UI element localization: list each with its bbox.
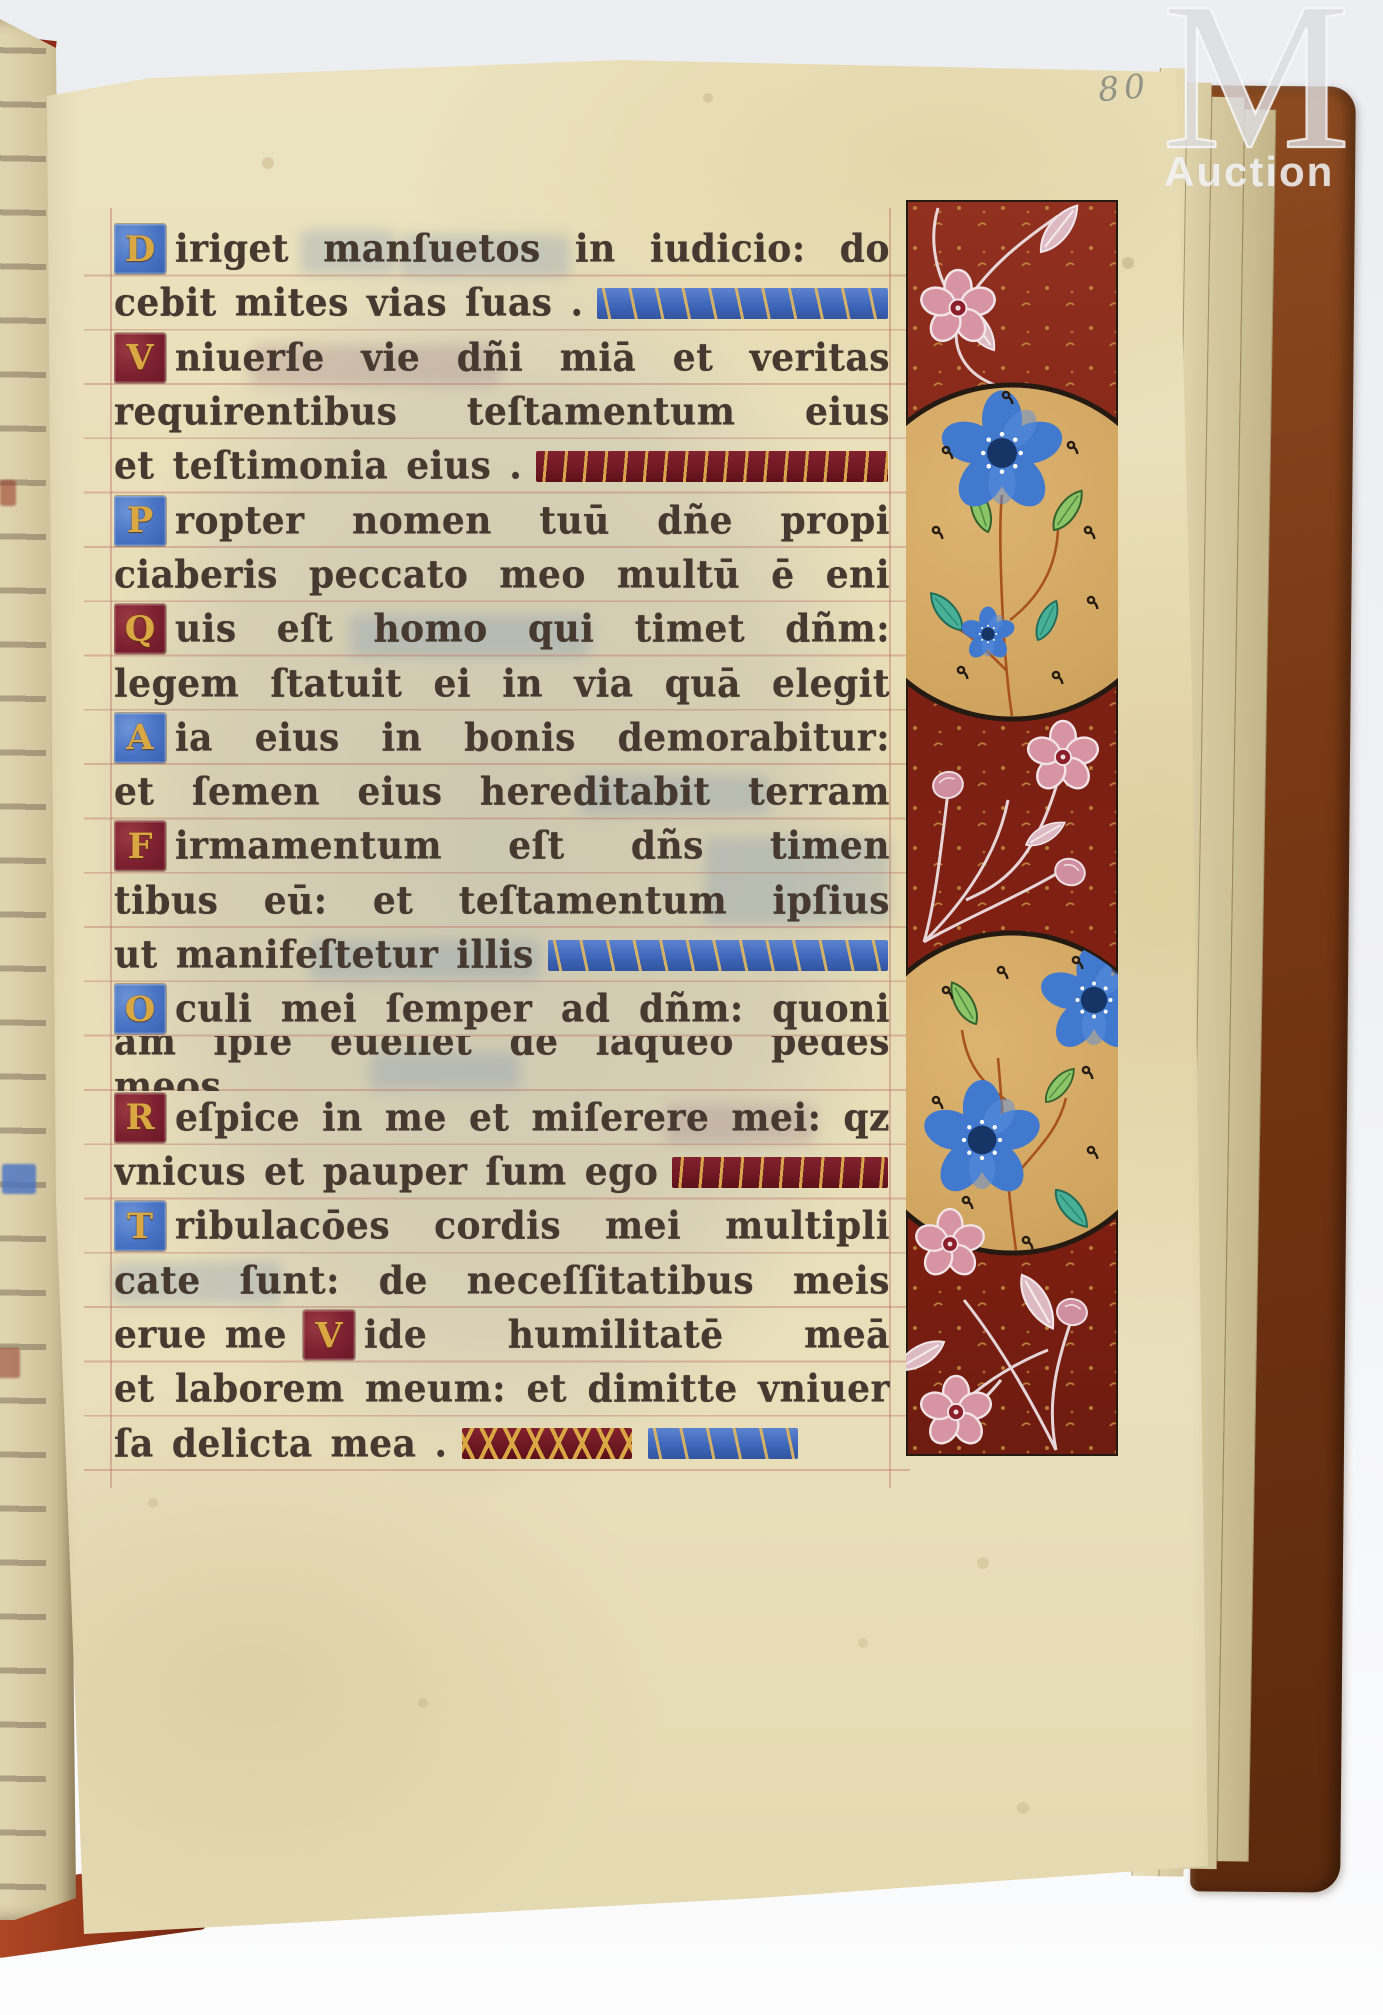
illuminated-initial: F (114, 821, 166, 871)
photo-scene: Diriget manſuetos in iudicio: docebit mi… (0, 0, 1383, 2015)
manuscript-text: et laborem meum: et dimitte vniuer (114, 1367, 890, 1412)
manuscript-line: et teſtimonia eius . (114, 439, 890, 493)
manuscript-line: et ſemen eius hereditabit terram (114, 765, 890, 819)
illuminated-initial: T (114, 1201, 166, 1251)
line-filler (548, 940, 888, 971)
manuscript-text: iriget manſuetos in iudicio: do (175, 227, 890, 272)
manuscript-page: Diriget manſuetos in iudicio: docebit mi… (0, 0, 1260, 1975)
manuscript-text: irmamentum eſt dñs timen (175, 824, 890, 869)
manuscript-text: cate ſunt: de neceſſitatibus meis (114, 1259, 890, 1304)
manuscript-line: ciaberis peccato meo multū ē eni (114, 548, 890, 602)
manuscript-line: am ipſe euellet de laqueo pedes meos. (114, 1036, 890, 1090)
manuscript-line: Propter nomen tuū dñe propi (114, 493, 890, 547)
illuminated-initial: O (114, 984, 166, 1034)
line-filler (536, 451, 888, 482)
manuscript-text: requirentibus teſtamentum eius (114, 390, 890, 435)
manuscript-line: Aia eius in bonis demorabitur: (114, 711, 890, 765)
illuminated-initial: Q (114, 604, 166, 654)
manuscript-line: Tribulacōes cordis mei multipli (114, 1199, 890, 1253)
manuscript-text: am ipſe euellet de laqueo pedes meos. (114, 1036, 890, 1090)
manuscript-line: vnicus et pauper ſum ego (114, 1145, 890, 1199)
line-filler (672, 1157, 888, 1188)
manuscript-text: tibus eū: et teſtamentum ipſius (114, 878, 890, 923)
manuscript-text: ia eius in bonis demorabitur: (175, 716, 890, 761)
illuminated-initial: D (114, 224, 166, 274)
illuminated-border (906, 200, 1118, 1456)
manuscript-text: vnicus et pauper ſum ego (114, 1150, 658, 1195)
manuscript-line: ut manifeſtetur illis (114, 928, 890, 982)
manuscript-text: et teſtimonia eius . (114, 444, 522, 489)
illuminated-initial: V (114, 333, 166, 383)
manuscript-text: culi mei ſemper ad dñm: quoni (175, 987, 890, 1032)
manuscript-line: cebit mites vias ſuas . (114, 276, 890, 330)
illuminated-initial: V (303, 1310, 355, 1360)
manuscript-text: ide humilitatē meā (364, 1313, 890, 1358)
folio-number: 80 (1096, 66, 1151, 109)
manuscript-text: ut manifeſtetur illis (114, 933, 534, 978)
manuscript-text: ciaberis peccato meo multū ē eni (114, 553, 890, 598)
manuscript-line: legem ſtatuit ei in via quā elegit (114, 656, 890, 710)
illuminated-initial: R (114, 1093, 166, 1143)
manuscript-text: ropter nomen tuū dñe propi (175, 498, 890, 543)
manuscript-line: erue meVide humilitatē meā (114, 1308, 890, 1362)
manuscript-line: Oculi mei ſemper ad dñm: quoni (114, 982, 890, 1036)
show-through-stain (0, 1348, 20, 1378)
manuscript-line: ſa delicta mea . (114, 1417, 890, 1471)
manuscript-line: Diriget manſuetos in iudicio: do (114, 222, 890, 276)
manuscript-text: ribulacōes cordis mei multipli (175, 1204, 890, 1249)
manuscript-text: cebit mites vias ſuas . (114, 281, 583, 326)
foxing-spots (0, 0, 6, 6)
illuminated-initial: A (114, 713, 166, 763)
watermark-label: Auction (1164, 148, 1334, 196)
line-filler (597, 288, 888, 319)
manuscript-line: Vniuerſe vie dñi miā et veritas (114, 331, 890, 385)
manuscript-line: et laborem meum: et dimitte vniuer (114, 1362, 890, 1416)
line-filler (462, 1428, 632, 1459)
text-block: Diriget manſuetos in iudicio: docebit mi… (114, 222, 890, 1471)
manuscript-line: Firmamentum eſt dñs timen (114, 819, 890, 873)
manuscript-line: Quis eſt homo qui timet dñm: (114, 602, 890, 656)
manuscript-text: legem ſtatuit ei in via quā elegit (114, 661, 890, 706)
manuscript-text: et ſemen eius hereditabit terram (114, 770, 890, 815)
show-through-stain (2, 1164, 36, 1194)
manuscript-line: cate ſunt: de neceſſitatibus meis (114, 1254, 890, 1308)
manuscript-text: eſpice in me et miſerere mei: qz (175, 1096, 890, 1141)
manuscript-text: erue me (114, 1313, 287, 1358)
manuscript-line: Reſpice in me et miſerere mei: qz (114, 1091, 890, 1145)
manuscript-line: requirentibus teſtamentum eius (114, 385, 890, 439)
line-filler (648, 1428, 798, 1459)
illuminated-initial: P (114, 496, 166, 546)
manuscript-text: ſa delicta mea . (114, 1421, 448, 1466)
manuscript-text: niuerſe vie dñi miā et veritas (175, 335, 890, 380)
show-through-stain (0, 480, 16, 506)
manuscript-text: uis eſt homo qui timet dñm: (175, 607, 890, 652)
manuscript-line: tibus eū: et teſtamentum ipſius (114, 874, 890, 928)
